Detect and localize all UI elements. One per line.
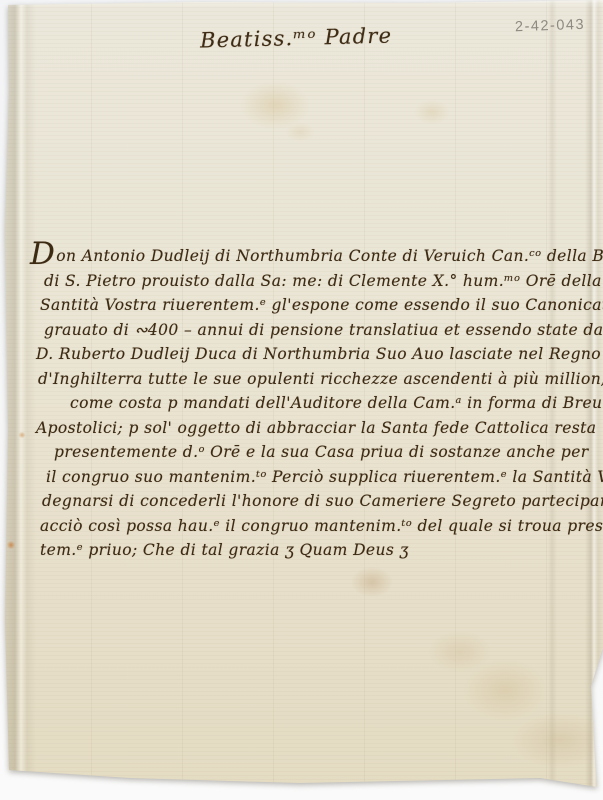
letter-line: d'Inghilterra tutte le sue opulenti ricc… bbox=[30, 367, 590, 392]
letter-line: tem.ᵉ priuo; Che di tal grazia ʒ Quam De… bbox=[30, 538, 590, 563]
letter-line: degnarsi di concederli l'honore di suo C… bbox=[30, 489, 590, 514]
letter-body: Don Antonio Dudleij di Northumbria Conte… bbox=[30, 241, 590, 563]
photo-backdrop: 2-42-043 Beatiss.ᵐᵒ Padre Don Antonio Du… bbox=[0, 0, 603, 800]
letter-line: Santità Vostra riuerentem.ᵉ gl'espone co… bbox=[30, 293, 590, 318]
drop-cap: D bbox=[30, 244, 55, 264]
manuscript-paper: 2-42-043 Beatiss.ᵐᵒ Padre Don Antonio Du… bbox=[0, 0, 603, 800]
paper-shadow: 2-42-043 Beatiss.ᵐᵒ Padre Don Antonio Du… bbox=[0, 0, 603, 800]
catalog-number: 2-42-043 bbox=[515, 17, 586, 35]
letter-line: Don Antonio Dudleij di Northumbria Conte… bbox=[30, 241, 590, 269]
letter-line: di S. Pietro prouisto dalla Sa: me: di C… bbox=[30, 269, 590, 294]
letter-line: il congruo suo mantenim.ᵗᵒ Perciò suppli… bbox=[30, 465, 590, 490]
letter-line: Apostolici; p sol' oggetto di abbracciar… bbox=[30, 416, 590, 441]
letter-line: come costa p mandati dell'Auditore della… bbox=[30, 391, 590, 416]
letter-line: grauato di ∾400 – annui di pensione tran… bbox=[30, 318, 590, 343]
letter-line: presentemente d.ᵒ Orē e la sua Casa priu… bbox=[30, 440, 590, 465]
letter-line: acciò così possa hau.ᵉ il congruo manten… bbox=[30, 514, 590, 539]
salutation-heading: Beatiss.ᵐᵒ Padre bbox=[200, 23, 393, 52]
letter-line: D. Ruberto Dudleij Duca di Northumbria S… bbox=[30, 342, 590, 367]
letter-line-text: on Antonio Dudleij di Northumbria Conte … bbox=[56, 247, 603, 265]
